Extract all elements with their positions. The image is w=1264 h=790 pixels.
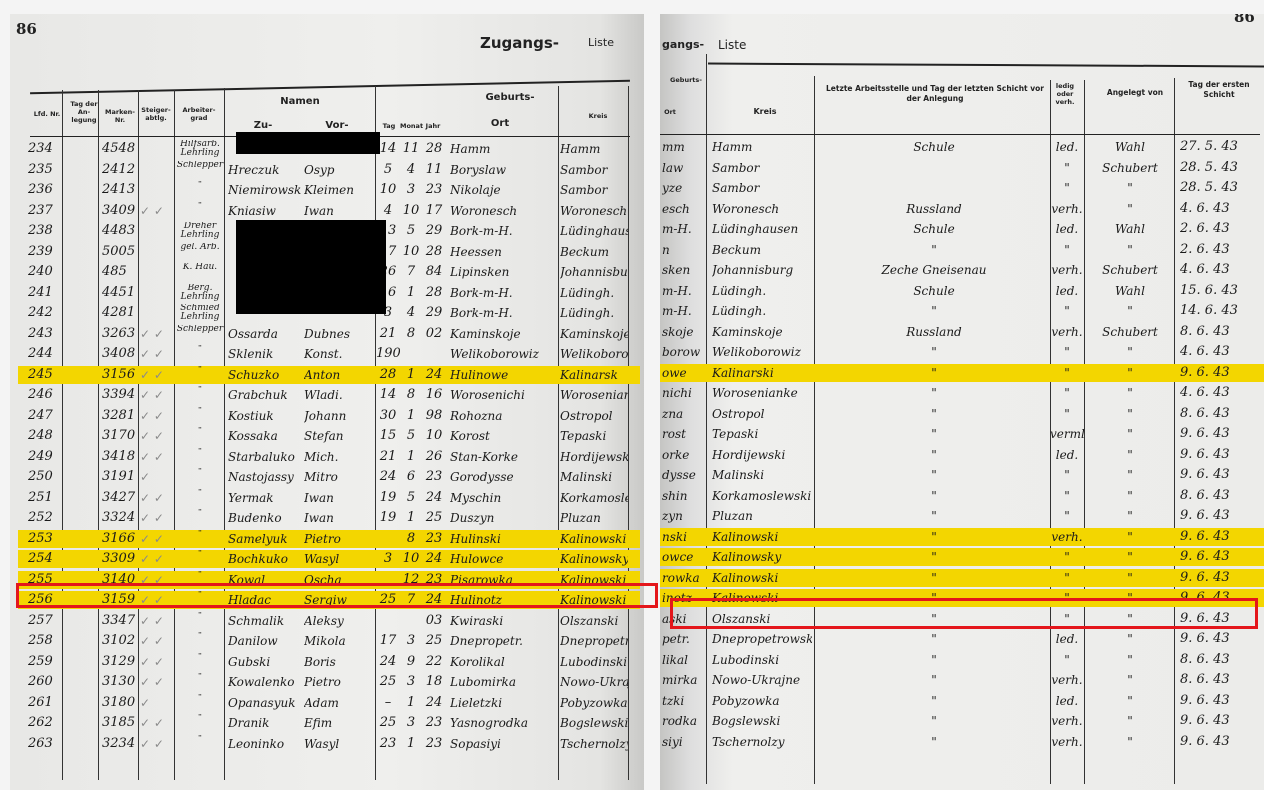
cell-kreis: Welikoborowiz xyxy=(560,345,628,363)
ledger-rows-right: mmHammSchuleled.Wahl27. 5. 43lawSambor"S… xyxy=(660,136,1264,756)
cell-lfd-nr: 257 xyxy=(28,612,62,630)
cell-geburt-tag: 21 xyxy=(376,325,400,343)
cell-ledig-verh: " xyxy=(1050,179,1084,197)
cell-geburt-monat: 8 xyxy=(400,325,422,343)
cell-arbeiter-grad: " xyxy=(176,181,224,199)
cell-arbeiter-grad: " xyxy=(176,468,224,486)
cell-marken-nr: 4281 xyxy=(102,304,138,322)
ledger-row-247: znaOstropol"""8. 6. 43 xyxy=(660,405,1264,423)
cell-geburtsort: Lipinsken xyxy=(450,263,558,281)
cell-ort-fragment: petr. xyxy=(662,630,706,648)
cell-geburt-jahr: 23 xyxy=(422,468,446,486)
cell-angelegt-von: " xyxy=(1088,528,1172,546)
cell-vorname: Konst. xyxy=(304,345,374,363)
cell-ort-fragment: orke xyxy=(662,446,706,464)
cell-letzte-arbeitsstelle xyxy=(820,179,1048,197)
cell-kreis: Pobyzowka xyxy=(560,694,628,712)
cell-erste-schicht: 9. 6. 43 xyxy=(1180,630,1260,648)
cell-geburt-jahr: 02 xyxy=(422,325,446,343)
cell-steiger-check xyxy=(140,181,174,199)
cell-geburt-monat: 10 xyxy=(400,202,422,220)
cell-kreis: Hordijewski xyxy=(712,446,812,464)
cell-geburt-tag: 5 xyxy=(376,161,400,179)
cell-marken-nr: 3394 xyxy=(102,386,138,404)
ledger-row-249: 2493418✓ ✓"StarbalukoMich.21126Stan-Kork… xyxy=(18,448,640,466)
list-title-right: Liste xyxy=(718,38,746,52)
cell-erste-schicht: 9. 6. 43 xyxy=(1180,446,1260,464)
cell-steiger-check: ✓ xyxy=(140,468,174,486)
cell-angelegt-von: Schubert xyxy=(1088,261,1172,279)
cell-erste-schicht: 9. 6. 43 xyxy=(1180,569,1260,587)
cell-kreis: Sambor xyxy=(712,159,812,177)
cell-ort-fragment: likal xyxy=(662,651,706,669)
cell-zuname: Grabchuk xyxy=(228,386,302,404)
cell-zuname: Schmalik xyxy=(228,612,302,630)
cell-angelegt-von: " xyxy=(1088,507,1172,525)
cell-kreis: Kalinowsky xyxy=(712,548,812,566)
cell-ledig-verh: " xyxy=(1050,384,1084,402)
cell-zuname: Gubski xyxy=(228,653,302,671)
cell-ledig-verh: " xyxy=(1050,466,1084,484)
cell-letzte-arbeitsstelle: " xyxy=(820,241,1048,259)
cell-geburt-jahr: 25 xyxy=(422,632,446,650)
cell-kreis: Dnepropetrowsk xyxy=(712,630,812,648)
cell-lfd-nr: 238 xyxy=(28,222,62,240)
cell-angelegt-von: " xyxy=(1088,630,1172,648)
cell-angelegt-von: " xyxy=(1088,671,1172,689)
cell-geburt-monat: 5 xyxy=(400,222,422,240)
ledger-row-250: 2503191✓"NastojassyMitro24623GorodysseMa… xyxy=(18,468,640,486)
cell-marken-nr: 3185 xyxy=(102,714,138,732)
cell-geburt-jahr: 16 xyxy=(422,386,446,404)
cell-angelegt-von: " xyxy=(1088,241,1172,259)
cell-geburt-monat xyxy=(400,612,422,630)
ledger-row-262: 2623185✓ ✓"DranikEfim25323YasnogrodkaBog… xyxy=(18,714,640,732)
cell-letzte-arbeitsstelle: Russland xyxy=(820,200,1048,218)
ledger-row-255: rowkaKalinowski"""9. 6. 43 xyxy=(660,569,1264,587)
cell-ort-fragment: m-H. xyxy=(662,302,706,320)
cell-arbeiter-grad: " xyxy=(176,448,224,466)
cell-ledig-verh: verh. xyxy=(1050,261,1084,279)
cell-kreis: Hordijewske xyxy=(560,448,628,466)
cell-geburt-tag: 1905 xyxy=(376,345,400,363)
cell-kreis: Worosenianke xyxy=(560,386,628,404)
cell-erste-schicht: 15. 6. 43 xyxy=(1180,282,1260,300)
cell-kreis: Malinski xyxy=(560,468,628,486)
cell-ledig-verh: " xyxy=(1050,302,1084,320)
cell-ort-fragment: rowka xyxy=(662,569,706,587)
cell-steiger-check: ✓ ✓ xyxy=(140,325,174,343)
ledger-row-258: petr.Dnepropetrowsk"led."9. 6. 43 xyxy=(660,630,1264,648)
cell-zuname: Schuzko xyxy=(228,366,302,384)
cell-geburtsort: Welikoborowiz xyxy=(450,345,558,363)
header-ledig-oder-verh: ledig oder verh. xyxy=(1052,82,1078,106)
page-number-right: 86 xyxy=(1234,14,1255,26)
cell-geburt-jahr: 29 xyxy=(422,304,446,322)
cell-arbeiter-grad: " xyxy=(176,530,224,548)
cell-geburt-tag: 30 xyxy=(376,407,400,425)
cell-geburt-tag: 17 xyxy=(376,632,400,650)
cell-geburtsort: Bork-m-H. xyxy=(450,284,558,302)
page-number-left: 86 xyxy=(16,20,37,38)
cell-steiger-check: ✓ ✓ xyxy=(140,407,174,425)
cell-angelegt-von: " xyxy=(1088,200,1172,218)
ledger-row-237: 2373409✓ ✓"KniasiwIwan41017WoroneschWoro… xyxy=(18,202,640,220)
cell-erste-schicht: 8. 6. 43 xyxy=(1180,671,1260,689)
cell-letzte-arbeitsstelle: " xyxy=(820,712,1048,730)
cell-angelegt-von: " xyxy=(1088,405,1172,423)
ledger-row-254: owceKalinowsky"""9. 6. 43 xyxy=(660,548,1264,566)
cell-geburtsort: Kwiraski xyxy=(450,612,558,630)
ledger-row-259: likalLubodinski"""8. 6. 43 xyxy=(660,651,1264,669)
cell-vorname: Johann xyxy=(304,407,374,425)
ledger-row-247: 2473281✓ ✓"KostiukJohann30198RohoznaOstr… xyxy=(18,407,640,425)
cell-angelegt-von: Schubert xyxy=(1088,159,1172,177)
cell-zuname: Niemirowski xyxy=(228,181,302,199)
cell-geburt-jahr: 10 xyxy=(422,427,446,445)
cell-geburt-jahr: 11 xyxy=(422,161,446,179)
ledger-row-236: yzeSambor""28. 5. 43 xyxy=(660,179,1264,197)
cell-geburt-tag: – xyxy=(376,694,400,712)
cell-marken-nr: 5005 xyxy=(102,243,138,261)
cell-ort-fragment: nichi xyxy=(662,384,706,402)
cell-zuname: Dranik xyxy=(228,714,302,732)
cell-zuname: Bochkuko xyxy=(228,550,302,568)
header-top-rule xyxy=(708,63,1264,68)
cell-kreis: Ostropol xyxy=(560,407,628,425)
cell-angelegt-von: " xyxy=(1088,343,1172,361)
header-marken-nr: Marken-Nr. xyxy=(102,108,138,124)
cell-letzte-arbeitsstelle: " xyxy=(820,630,1048,648)
cell-geburt-jahr: 29 xyxy=(422,222,446,240)
cell-kreis: Pluzan xyxy=(712,507,812,525)
cell-zuname: Samelyuk xyxy=(228,530,302,548)
cell-ledig-verh: " xyxy=(1050,569,1084,587)
cell-ledig-verh: led. xyxy=(1050,692,1084,710)
cell-lfd-nr: 262 xyxy=(28,714,62,732)
cell-ledig-verh: " xyxy=(1050,548,1084,566)
cell-geburtsort: Lieletzki xyxy=(450,694,558,712)
cell-lfd-nr: 263 xyxy=(28,735,62,753)
cell-lfd-nr: 245 xyxy=(28,366,62,384)
cell-letzte-arbeitsstelle: Schule xyxy=(820,282,1048,300)
cell-geburt-monat: 10 xyxy=(400,243,422,261)
cell-geburt-jahr xyxy=(422,345,446,363)
cell-letzte-arbeitsstelle: Schule xyxy=(820,138,1048,156)
cell-letzte-arbeitsstelle: Russland xyxy=(820,323,1048,341)
cell-vorname: Wasyl xyxy=(304,550,374,568)
cell-geburt-monat: 5 xyxy=(400,489,422,507)
cell-geburt-monat: 3 xyxy=(400,714,422,732)
cell-kreis: Kaminskoje xyxy=(712,323,812,341)
cell-lfd-nr: 240 xyxy=(28,263,62,281)
cell-geburt-jahr: 23 xyxy=(422,714,446,732)
cell-vorname: Wladi. xyxy=(304,386,374,404)
cell-ort-fragment: law xyxy=(662,159,706,177)
cell-kreis: Sambor xyxy=(560,181,628,199)
header-vor: Vor- xyxy=(302,120,372,132)
ledger-row-246: 2463394✓ ✓"GrabchukWladi.14816Worosenich… xyxy=(18,386,640,404)
cell-angelegt-von: Wahl xyxy=(1088,138,1172,156)
cell-arbeiter-grad: " xyxy=(176,427,224,445)
cell-angelegt-von: " xyxy=(1088,425,1172,443)
header-lfd-nr: Lfd. Nr. xyxy=(28,110,66,118)
cell-angelegt-von: " xyxy=(1088,364,1172,382)
cell-kreis: Sambor xyxy=(560,161,628,179)
cell-kreis: Nowo-Ukrajne xyxy=(560,673,628,691)
cell-arbeiter-grad: Schmied Lehrling xyxy=(176,304,224,322)
ledger-row-235: 2352412SchlepperHreczukOsyp5411BoryslawS… xyxy=(18,161,640,179)
cell-ledig-verh: " xyxy=(1050,241,1084,259)
cell-marken-nr: 3234 xyxy=(102,735,138,753)
cell-lfd-nr: 259 xyxy=(28,653,62,671)
cell-marken-nr: 3102 xyxy=(102,632,138,650)
cell-arbeiter-grad: " xyxy=(176,345,224,363)
ledger-row-236: 2362413"NiemirowskiKleimen10323NikolajeS… xyxy=(18,181,640,199)
cell-zuname: Ossarda xyxy=(228,325,302,343)
ledger-row-234: mmHammSchuleled.Wahl27. 5. 43 xyxy=(660,138,1264,156)
cell-zuname: Kossaka xyxy=(228,427,302,445)
cell-kreis: Woronesch xyxy=(712,200,812,218)
ledger-row-252: 2523324✓ ✓"BudenkoIwan19125DuszynPluzan xyxy=(18,509,640,527)
cell-geburt-jahr: 23 xyxy=(422,530,446,548)
cell-erste-schicht: 2. 6. 43 xyxy=(1180,241,1260,259)
cell-angelegt-von: " xyxy=(1088,487,1172,505)
cell-geburt-tag xyxy=(376,612,400,630)
cell-lfd-nr: 236 xyxy=(28,181,62,199)
cell-geburt-monat: 4 xyxy=(400,304,422,322)
cell-ort-fragment: n xyxy=(662,241,706,259)
cell-kreis: Dnepropetrowsk xyxy=(560,632,628,650)
cell-letzte-arbeitsstelle: Zeche Gneisenau xyxy=(820,261,1048,279)
cell-steiger-check xyxy=(140,140,174,158)
cell-arbeiter-grad: Hilfsarb. Lehrling xyxy=(176,140,224,158)
ledger-row-245: oweKalinarski"""9. 6. 43 xyxy=(660,364,1264,382)
cell-letzte-arbeitsstelle: " xyxy=(820,425,1048,443)
cell-vorname: Iwan xyxy=(304,509,374,527)
row-256-highlight-box-left xyxy=(16,583,658,608)
cell-ledig-verh: " xyxy=(1050,651,1084,669)
cell-kreis: Korkamoslewski xyxy=(560,489,628,507)
cell-ort-fragment: dysse xyxy=(662,466,706,484)
cell-geburt-monat: 1 xyxy=(400,735,422,753)
cell-geburtsort: Rohozna xyxy=(450,407,558,425)
cell-geburtsort: Stan-Korke xyxy=(450,448,558,466)
cell-ort-fragment: m-H. xyxy=(662,220,706,238)
cell-geburtsort: Hulowce xyxy=(450,550,558,568)
cell-ort-fragment: skoje xyxy=(662,323,706,341)
cell-letzte-arbeitsstelle: " xyxy=(820,507,1048,525)
cell-geburt-tag: 4 xyxy=(376,202,400,220)
cell-geburt-jahr: 25 xyxy=(422,509,446,527)
cell-letzte-arbeitsstelle: " xyxy=(820,733,1048,751)
ledger-row-251: shinKorkamoslewski"""8. 6. 43 xyxy=(660,487,1264,505)
cell-lfd-nr: 241 xyxy=(28,284,62,302)
cell-ort-fragment: sken xyxy=(662,261,706,279)
cell-vorname: Dubnes xyxy=(304,325,374,343)
cell-vorname: Mich. xyxy=(304,448,374,466)
cell-geburt-jahr: 24 xyxy=(422,489,446,507)
cell-vorname: Pietro xyxy=(304,530,374,548)
cell-marken-nr: 3180 xyxy=(102,694,138,712)
cell-arbeiter-grad: " xyxy=(176,509,224,527)
cell-zuname: Yermak xyxy=(228,489,302,507)
cell-kreis: Worosenianke xyxy=(712,384,812,402)
cell-erste-schicht: 9. 6. 43 xyxy=(1180,548,1260,566)
cell-steiger-check: ✓ ✓ xyxy=(140,386,174,404)
cell-vorname: Kleimen xyxy=(304,181,374,199)
cell-geburt-jahr: 24 xyxy=(422,694,446,712)
list-title-fragment: gangs- xyxy=(662,38,704,51)
cell-letzte-arbeitsstelle: Schule xyxy=(820,220,1048,238)
cell-kreis: Beckum xyxy=(560,243,628,261)
cell-marken-nr: 4483 xyxy=(102,222,138,240)
cell-arbeiter-grad: " xyxy=(176,714,224,732)
cell-arbeiter-grad: K. Hau. xyxy=(176,263,224,281)
cell-zuname: Kostiuk xyxy=(228,407,302,425)
cell-geburt-monat: 1 xyxy=(400,407,422,425)
cell-erste-schicht: 9. 6. 43 xyxy=(1180,712,1260,730)
cell-ort-fragment: mirka xyxy=(662,671,706,689)
cell-geburt-monat: 6 xyxy=(400,468,422,486)
cell-erste-schicht: 9. 6. 43 xyxy=(1180,466,1260,484)
cell-lfd-nr: 237 xyxy=(28,202,62,220)
cell-geburt-monat: 1 xyxy=(400,284,422,302)
cell-erste-schicht: 8. 6. 43 xyxy=(1180,487,1260,505)
cell-steiger-check: ✓ ✓ xyxy=(140,489,174,507)
cell-steiger-check xyxy=(140,243,174,261)
header-zu: Zu- xyxy=(228,120,298,132)
cell-kreis: Malinski xyxy=(712,466,812,484)
cell-geburt-monat: 10 xyxy=(400,550,422,568)
cell-erste-schicht: 9. 6. 43 xyxy=(1180,364,1260,382)
cell-angelegt-von: Wahl xyxy=(1088,282,1172,300)
cell-geburt-tag: 25 xyxy=(376,714,400,732)
cell-kreis: Kalinarsk xyxy=(560,366,628,384)
cell-vorname: Efim xyxy=(304,714,374,732)
cell-zuname: Sklenik xyxy=(228,345,302,363)
cell-vorname: Iwan xyxy=(304,489,374,507)
cell-marken-nr: 3347 xyxy=(102,612,138,630)
cell-letzte-arbeitsstelle: " xyxy=(820,528,1048,546)
cell-arbeiter-grad: " xyxy=(176,632,224,650)
cell-geburt-monat: 1 xyxy=(400,694,422,712)
cell-erste-schicht: 4. 6. 43 xyxy=(1180,384,1260,402)
cell-letzte-arbeitsstelle: " xyxy=(820,466,1048,484)
cell-letzte-arbeitsstelle: " xyxy=(820,343,1048,361)
cell-vorname: Iwan xyxy=(304,202,374,220)
ledger-row-262: rodkaBogslewski"verh."9. 6. 43 xyxy=(660,712,1264,730)
cell-letzte-arbeitsstelle: " xyxy=(820,651,1048,669)
cell-geburtsort: Hamm xyxy=(450,140,558,158)
cell-ort-fragment: nski xyxy=(662,528,706,546)
cell-marken-nr: 3408 xyxy=(102,345,138,363)
cell-geburtsort: Duszyn xyxy=(450,509,558,527)
ledger-row-253: 2533166✓ ✓"SamelyukPietro823HulinskiKali… xyxy=(18,530,640,548)
cell-lfd-nr: 260 xyxy=(28,673,62,691)
cell-kreis: Kalinarski xyxy=(712,364,812,382)
cell-geburt-jahr: 98 xyxy=(422,407,446,425)
cell-geburtsort: Worosenichi xyxy=(450,386,558,404)
cell-geburt-tag xyxy=(376,530,400,548)
cell-arbeiter-grad: " xyxy=(176,653,224,671)
cell-steiger-check: ✓ ✓ xyxy=(140,550,174,568)
cell-steiger-check: ✓ ✓ xyxy=(140,202,174,220)
cell-steiger-check: ✓ ✓ xyxy=(140,345,174,363)
header-angelegt-von: Angelegt von xyxy=(1100,88,1170,98)
cell-arbeiter-grad: Berg. Lehrling xyxy=(176,284,224,302)
cell-zuname: Hreczuk xyxy=(228,161,302,179)
cell-ort-fragment: esch xyxy=(662,200,706,218)
cell-steiger-check xyxy=(140,304,174,322)
header-ort: Ort xyxy=(450,118,550,130)
cell-zuname: Leoninko xyxy=(228,735,302,753)
ledger-row-260: 2603130✓ ✓"KowalenkoPietro25318Lubomirka… xyxy=(18,673,640,691)
cell-angelegt-von: " xyxy=(1088,302,1172,320)
cell-geburtsort: Bork-m-H. xyxy=(450,222,558,240)
cell-vorname: Anton xyxy=(304,366,374,384)
cell-lfd-nr: 261 xyxy=(28,694,62,712)
cell-kreis: Kaminskoje xyxy=(560,325,628,343)
cell-steiger-check: ✓ ✓ xyxy=(140,714,174,732)
cell-geburt-monat: 9 xyxy=(400,653,422,671)
redaction-block xyxy=(236,132,380,154)
header-namen: Namen xyxy=(250,96,350,108)
cell-letzte-arbeitsstelle: " xyxy=(820,302,1048,320)
ledger-row-260: mirkaNowo-Ukrajne"verh."8. 6. 43 xyxy=(660,671,1264,689)
ledger-row-244: borowWelikoborowiz"""4. 6. 43 xyxy=(660,343,1264,361)
cell-geburtsort: Bork-m-H. xyxy=(450,304,558,322)
cell-letzte-arbeitsstelle: " xyxy=(820,446,1048,464)
cell-vorname: Wasyl xyxy=(304,735,374,753)
cell-ort-fragment: shin xyxy=(662,487,706,505)
cell-marken-nr: 4548 xyxy=(102,140,138,158)
cell-marken-nr: 485 xyxy=(102,263,138,281)
cell-geburt-jahr: 26 xyxy=(422,448,446,466)
cell-kreis: Tschernolzy xyxy=(560,735,628,753)
cell-zuname: Budenko xyxy=(228,509,302,527)
cell-erste-schicht: 14. 6. 43 xyxy=(1180,302,1260,320)
cell-lfd-nr: 239 xyxy=(28,243,62,261)
header-tag: Tag xyxy=(378,122,400,130)
cell-kreis: Hamm xyxy=(712,138,812,156)
cell-geburt-jahr: 17 xyxy=(422,202,446,220)
cell-ledig-verh: led. xyxy=(1050,282,1084,300)
cell-erste-schicht: 28. 5. 43 xyxy=(1180,159,1260,177)
cell-lfd-nr: 243 xyxy=(28,325,62,343)
cell-lfd-nr: 235 xyxy=(28,161,62,179)
cell-kreis: Pluzan xyxy=(560,509,628,527)
cell-ledig-verh: led. xyxy=(1050,630,1084,648)
cell-geburt-jahr: 18 xyxy=(422,673,446,691)
cell-vorname: Mikola xyxy=(304,632,374,650)
ledger-row-251: 2513427✓ ✓"YermakIwan19524MyschinKorkamo… xyxy=(18,489,640,507)
cell-steiger-check: ✓ ✓ xyxy=(140,530,174,548)
cell-arbeiter-grad: " xyxy=(176,673,224,691)
cell-ledig-verh: verh. xyxy=(1050,712,1084,730)
ledger-row-235: lawSambor"Schubert28. 5. 43 xyxy=(660,159,1264,177)
cell-steiger-check: ✓ ✓ xyxy=(140,612,174,630)
cell-steiger-check xyxy=(140,284,174,302)
cell-geburt-tag: 28 xyxy=(376,366,400,384)
cell-vorname: Aleksy xyxy=(304,612,374,630)
ledger-row-237: eschWoroneschRusslandverh."4. 6. 43 xyxy=(660,200,1264,218)
cell-angelegt-von: " xyxy=(1088,466,1172,484)
ledger-row-259: 2593129✓ ✓"GubskiBoris24922KorolikalLubo… xyxy=(18,653,640,671)
cell-ort-fragment: borow xyxy=(662,343,706,361)
cell-ledig-verh: verh. xyxy=(1050,323,1084,341)
cell-ledig-verh: verml. xyxy=(1050,425,1084,443)
